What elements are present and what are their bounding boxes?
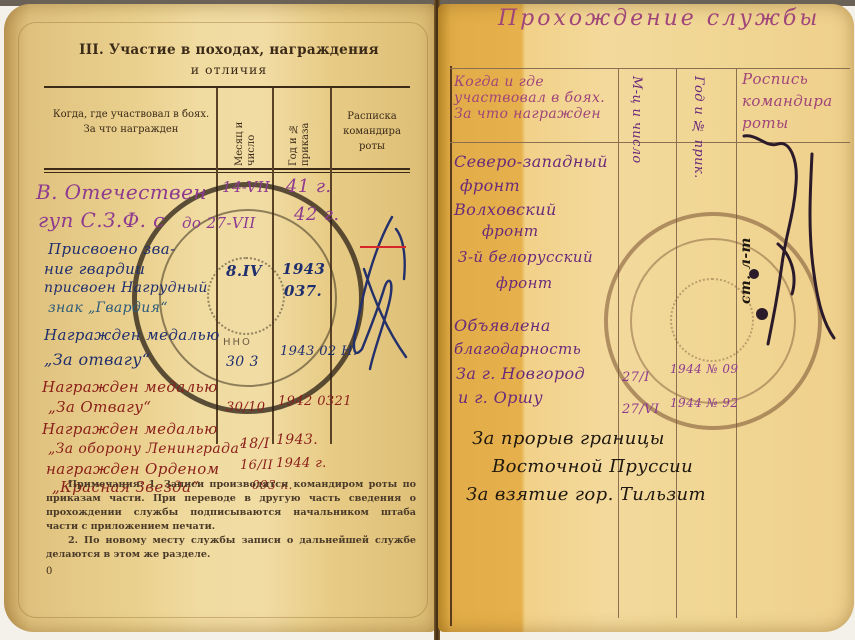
entry-year: 1943 [282, 260, 325, 278]
officer-signature [738, 124, 848, 364]
entry-date: 8.IV [226, 262, 262, 280]
entry-text: За г. Новгород [456, 364, 585, 383]
page-mark: 0 [46, 566, 52, 577]
entry-text: фронт [460, 176, 520, 195]
entry-text: Награжден медалью [42, 420, 218, 438]
entry-text: За взятие гор. Тильзит [466, 484, 706, 505]
entry-date: до 27-VII [182, 214, 256, 232]
entry-text: знак „Гвардия“ [48, 300, 168, 316]
column-header-date: Месяц и число [234, 100, 258, 166]
entry-text: и г. Оршу [458, 388, 543, 407]
entry-year: 1943. [276, 432, 318, 448]
table-top-rule [44, 86, 410, 88]
entry-text: За прорыв границы [472, 428, 665, 449]
column-header-events: Когда и где участвовал в боях. За что на… [454, 74, 614, 122]
entry-date: 30 3 [226, 354, 259, 370]
entry-text: Волховский [454, 200, 557, 219]
entry-text: присвоен Нагрудный [44, 280, 208, 296]
entry-text: В. Отечествен [36, 180, 207, 204]
entry-year: 42 г. [294, 204, 339, 225]
entry-text: Северо-западный [454, 152, 608, 171]
entry-year: 1944 г. [276, 456, 327, 471]
entry-text: фронт [496, 274, 552, 292]
entry-text: „За Отвагу“ [48, 398, 151, 416]
booklet-spread: III. Участие в походах, награждения и от… [0, 0, 855, 640]
entry-date: 27/VI [622, 402, 659, 417]
entry-text: Восточной Пруссии [492, 456, 693, 477]
entry-date: 16/II [240, 458, 273, 473]
entry-year: 1944 № 09 [670, 362, 738, 376]
entry-text: награжден Орденом [46, 460, 219, 478]
entry-text: Объявлена [454, 316, 551, 335]
section-subtitle: и отличия [24, 62, 434, 77]
right-page: Прохождение службы Когда и где участвова… [438, 4, 854, 632]
entry-date: 27/I [622, 370, 650, 385]
column-header-signature: Расписка командира роты [334, 109, 410, 154]
column-header-events: Когда, где участвовал в боях. За что наг… [48, 107, 214, 137]
table-header-rule [44, 168, 410, 170]
column-header-order: Год и № приказа [288, 100, 312, 166]
column-header-date: М-ц и число [630, 76, 642, 138]
entry-text: Присвоено зва- [48, 240, 176, 258]
entry-text: „За отвагу“ [44, 350, 151, 369]
left-page: III. Участие в походах, награждения и от… [4, 4, 436, 632]
table-header-rule-2 [44, 172, 410, 173]
entry-text: фронт [482, 222, 538, 240]
page-title: Прохождение службы [498, 6, 820, 31]
margin-rule [450, 66, 452, 626]
entry-date: 30/10 [226, 400, 265, 415]
entry-date: 14-VII [222, 178, 270, 196]
column-header-order: Год и № прик. [692, 76, 704, 138]
entry-year: 1944 № 92 [670, 396, 738, 410]
entry-text: 3-й белорусский [458, 248, 593, 266]
entry-year: 41 г. [286, 176, 331, 197]
entry-text: гуп С.З.Ф. с [38, 208, 165, 232]
entry-date: 18/I [240, 436, 270, 452]
entry-text: Награжден медалью [44, 326, 220, 344]
entry-text: Награжден медалью [42, 378, 218, 396]
entry-year: 037. [284, 282, 322, 300]
printed-notes: Примечания: 1. Записи производятся коман… [46, 478, 416, 562]
entry-year: 1942 0321 [278, 394, 352, 409]
entry-text: „За оборону Ленинграда“ [48, 441, 247, 457]
entry-text: ние гвардии [44, 260, 145, 278]
commander-signature [334, 209, 424, 379]
section-title: III. Участие в походах, награждения [24, 42, 434, 58]
entry-text: благодарность [454, 340, 581, 358]
